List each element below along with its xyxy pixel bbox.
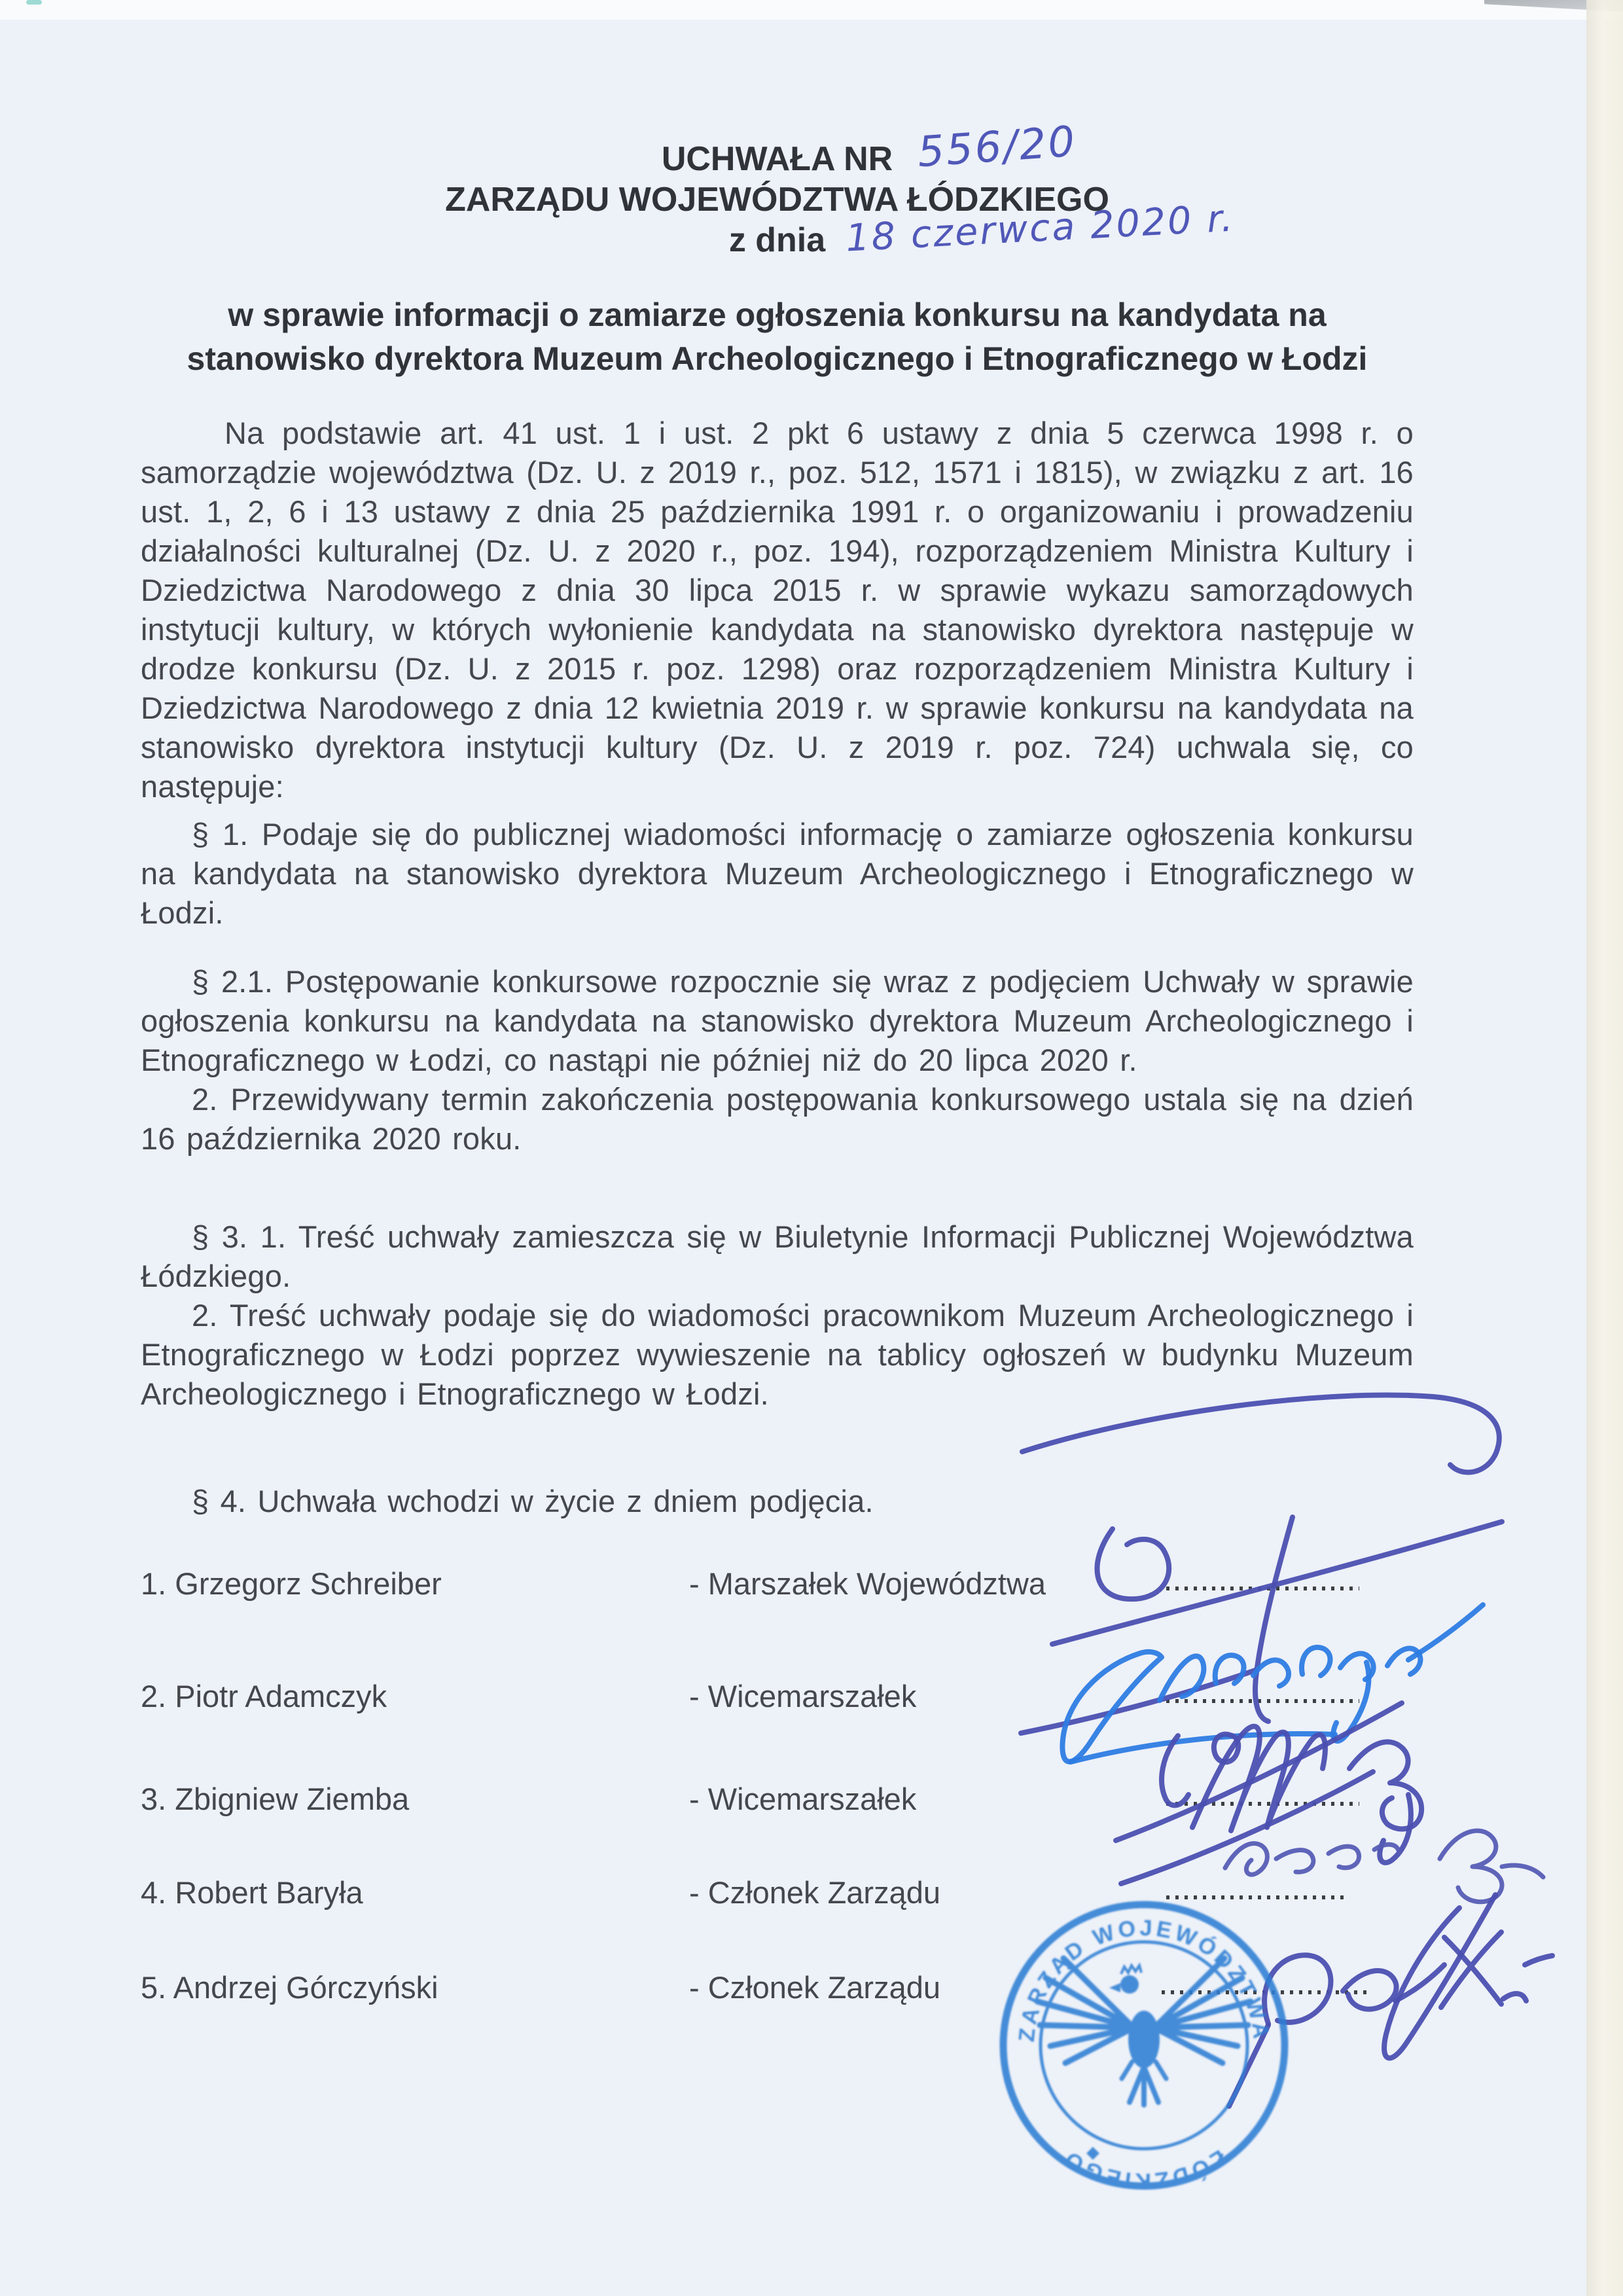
signer-row: 5. Andrzej Górczyński - Członek Zarządu	[141, 1968, 1427, 2009]
signer-title: - Członek Zarządu	[689, 1873, 940, 1912]
signer-row: 3. Zbigniew Ziemba - Wicemarszałek	[141, 1780, 1427, 1820]
paragraph-3: § 3. 1. Treść uchwały zamieszcza się w B…	[141, 1217, 1414, 1414]
signer-name: 1. Grzegorz Schreiber	[141, 1564, 442, 1604]
document-subject: w sprawie informacji o zamiarze ogłoszen…	[141, 293, 1414, 381]
paragraph-1: § 1. Podaje się do publicznej wiadomości…	[141, 815, 1414, 933]
paragraph-2: § 2.1. Postępowanie konkursowe rozpoczni…	[141, 962, 1414, 1158]
paragraph-1-text: § 1. Podaje się do publicznej wiadomości…	[141, 815, 1414, 933]
signer-row: 1. Grzegorz Schreiber - Marszałek Wojewó…	[141, 1564, 1427, 1605]
paragraph-2-2-text: 2. Przewidywany termin zakończenia postę…	[141, 1080, 1414, 1158]
stamp-diamond-ornament	[1086, 2147, 1099, 2160]
pen-dash-mark	[1525, 1956, 1552, 1965]
signature-dotted-line	[1166, 1802, 1359, 1806]
subject-line2: stanowisko dyrektora Muzeum Archeologicz…	[141, 337, 1414, 381]
paragraph-4-text: § 4. Uchwała wchodzi w życie z dniem pod…	[141, 1482, 1414, 1521]
scan-top-light-band	[0, 0, 1623, 20]
signature-dotted-line	[1166, 1587, 1359, 1590]
scan-speck-artifact	[26, 0, 42, 5]
official-stamp: ZARZĄD WOJEWÓDZTWA ŁÓDZKIEGO	[1003, 1905, 1285, 2193]
document-title-line1: UCHWAŁA NR	[141, 139, 1414, 179]
signature-dotted-line	[1166, 1895, 1344, 1899]
signature-dotted-line	[1166, 1699, 1359, 1703]
signer-title: - Wicemarszałek	[689, 1677, 916, 1716]
signature-dotted-line	[1162, 1990, 1368, 1994]
signer-name: 2. Piotr Adamczyk	[141, 1677, 387, 1716]
paragraph-2-1-text: § 2.1. Postępowanie konkursowe rozpoczni…	[141, 962, 1414, 1080]
signer-row: 2. Piotr Adamczyk - Wicemarszałek	[141, 1677, 1427, 1717]
signer-name: 5. Andrzej Górczyński	[141, 1968, 438, 2007]
signer-title: - Członek Zarządu	[689, 1968, 940, 2007]
signer-title: - Marszałek Województwa	[689, 1564, 1046, 1604]
legal-basis-text: Na podstawie art. 41 ust. 1 i ust. 2 pkt…	[141, 414, 1414, 806]
paragraph-3-2-text: 2. Treść uchwały podaje się do wiadomośc…	[141, 1296, 1414, 1414]
signer-row: 4. Robert Baryła - Członek Zarządu	[141, 1873, 1427, 1914]
paragraph-3-1-text: § 3. 1. Treść uchwały zamieszcza się w B…	[141, 1217, 1414, 1296]
stamp-arc-bottom-text: ŁÓDZKIEGO	[1058, 2145, 1230, 2193]
subject-line1: w sprawie informacji o zamiarze ogłoszen…	[141, 293, 1414, 337]
scanned-resolution-document: UCHWAŁA NR 556/20 ZARZĄDU WOJEWÓDZTWA ŁÓ…	[0, 0, 1623, 2296]
scan-right-edge-band	[1586, 0, 1623, 2296]
signer-title: - Wicemarszałek	[689, 1780, 916, 1819]
signer-name: 3. Zbigniew Ziemba	[141, 1780, 409, 1819]
paragraph-4: § 4. Uchwała wchodzi w życie z dniem pod…	[141, 1482, 1414, 1521]
legal-basis-paragraph: Na podstawie art. 41 ust. 1 i ust. 2 pkt…	[141, 414, 1414, 806]
signer-name: 4. Robert Baryła	[141, 1873, 363, 1912]
